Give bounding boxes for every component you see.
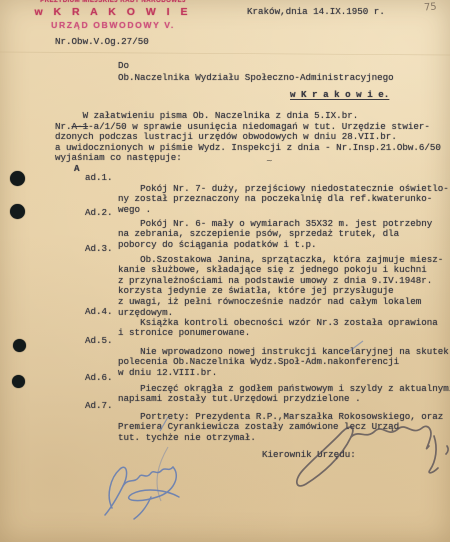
stamp-authority-line: PREZYDIUM MIEJSKIEJ RADY NARODOWEJ — [18, 0, 208, 4]
list-item: Ad.7.Portrety: Prezydenta R.P.,Marszałka… — [118, 401, 450, 454]
item-label: Ad.2. — [85, 208, 113, 219]
typed-annotation-a: A — [74, 164, 80, 175]
item-label: ad.1. — [85, 173, 113, 184]
closing-title: Kierownik Urzędu: — [262, 450, 356, 461]
item-text: Portrety: Prezydenta R.P.,Marszałka Roko… — [118, 411, 443, 443]
item-label: Ad.6. — [85, 373, 113, 384]
punch-dot — [13, 339, 26, 352]
addressee-city: w K r a k o w i e. — [290, 90, 389, 101]
item-label: Ad.5. — [85, 336, 113, 347]
item-label: Ad.4. — [85, 307, 113, 318]
pencil-page-number: 75 — [424, 2, 437, 14]
item-text: Książka kontroli obecności wzór Nr.3 zos… — [118, 317, 438, 339]
reference-number: Nr.Obw.V.Og.27/50 — [55, 37, 149, 48]
punch-dot — [10, 171, 25, 186]
punch-dot — [10, 204, 25, 219]
stamp-office-line: URZĄD OBWODOWY V. — [18, 20, 208, 30]
item-label: Ad.7. — [85, 401, 113, 412]
intro-ref-prefix: Nr. — [55, 121, 72, 132]
intro-line-3: dzonych podczas lustracji urzędów obwodo… — [55, 132, 397, 143]
paper-crease — [0, 52, 450, 55]
punch-dot — [12, 375, 25, 388]
addressee-name: Ob.Naczelnika Wydziału Społeczno-Adminis… — [118, 73, 394, 84]
item-label: Ad.3. — [85, 244, 113, 255]
stamp-city-line: w K R A K O W I E — [18, 6, 208, 18]
pencil-tick-mark: ~ — [266, 156, 273, 165]
dateline: Kraków,dnia 14.IX.1950 r. — [247, 7, 385, 18]
intro-ref-struck-text: A-1 — [72, 121, 89, 132]
intro-ref-rest: -a/1/50 w sprawie usunięcia niedomagań w… — [88, 121, 430, 132]
addressee-salutation: Do — [118, 61, 129, 72]
intro-line-5: wyjaśniam co następuje: — [55, 153, 182, 164]
pencil-stroke — [157, 447, 168, 501]
scanned-letter-page: PREZYDIUM MIEJSKIEJ RADY NARODOWEJ w K R… — [0, 0, 450, 542]
blue-ink-signature — [105, 467, 179, 519]
